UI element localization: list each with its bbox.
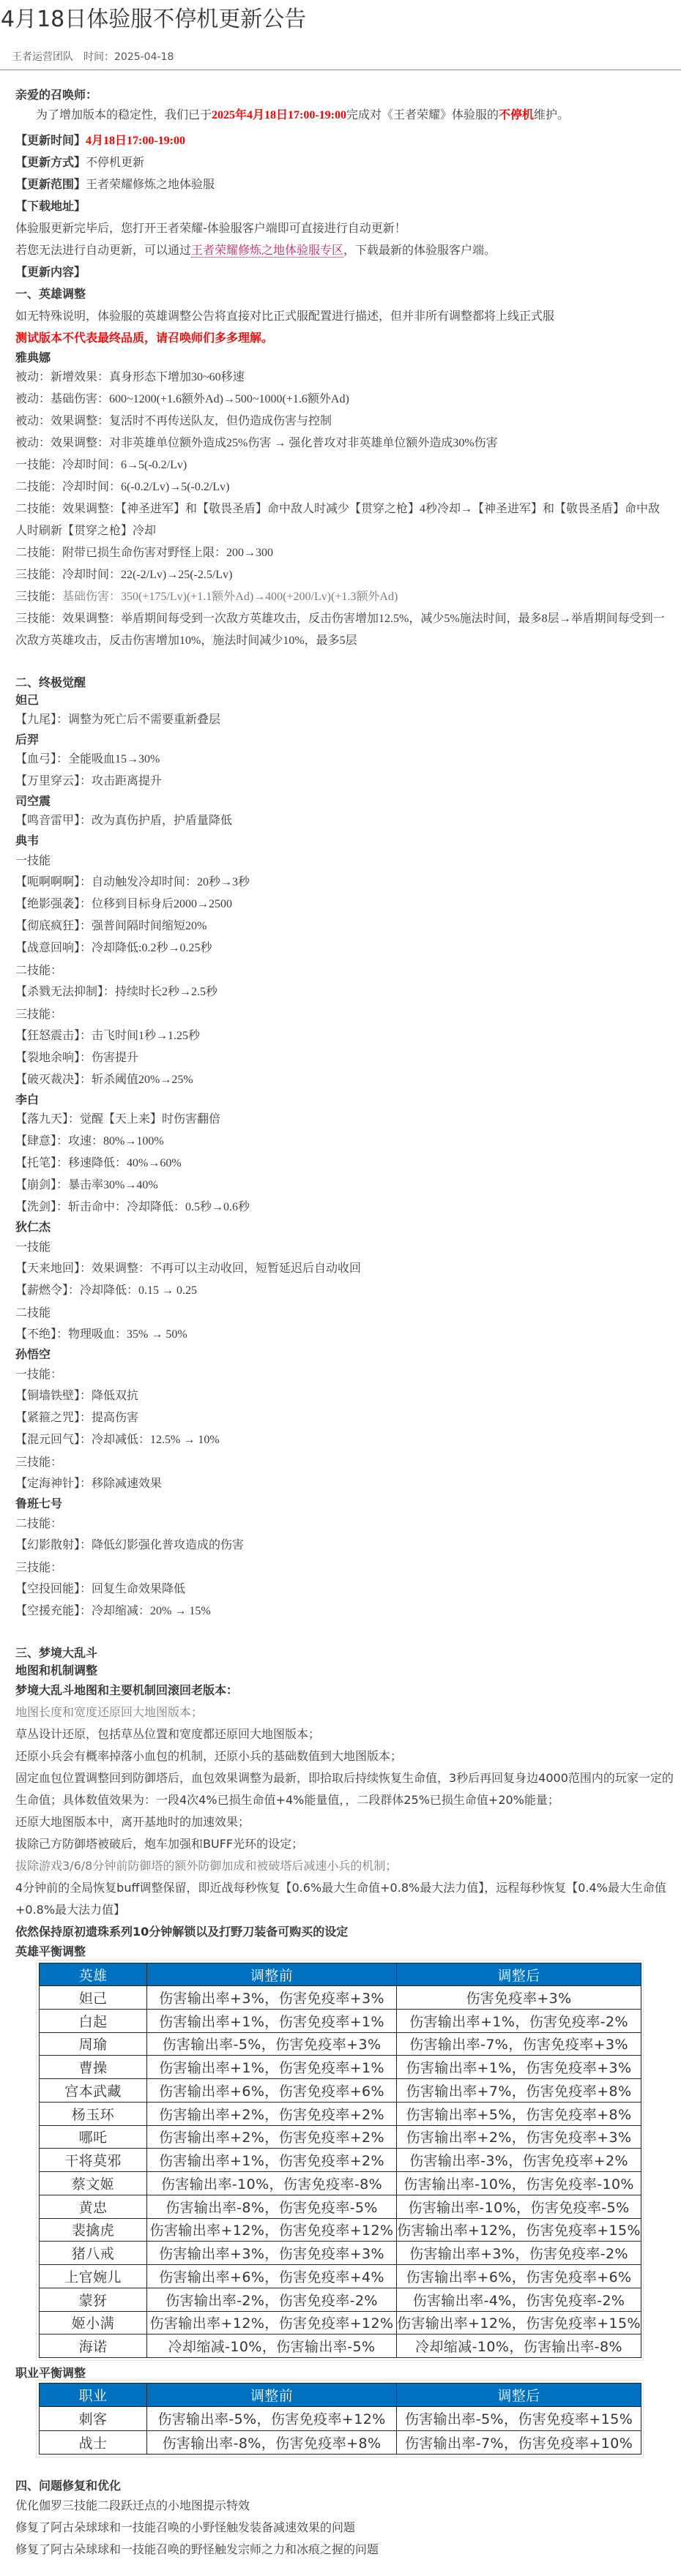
table-row: 白起伤害输出率+1%，伤害免疫率+1%伤害输出率+1%，伤害免疫率-2% [40,2009,641,2032]
hero-cell: 猪八戒 [40,2242,147,2265]
awakening-item: 【绝影强袭】：位移到目标身后2000→2500 [15,894,681,916]
hero-cell: 海诺 [40,2334,147,2358]
after-cell: 伤害输出率+5%，伤害免疫率+8% [397,2102,641,2125]
maintenance-type: 不停机 [499,108,534,121]
notice-text: 维护。 [534,108,569,121]
awakening-item: 【薪燃令】：冷却降低：0.15 → 0.25 [15,1280,681,1302]
rollback-item-part: 固定血包位置调整回到防御塔后，血包效果调整为最新，即拾取后持续恢复生命值，3秒后… [15,1767,681,1789]
before-cell: 伤害输出率+3%，伤害免疫率+3% [147,2242,397,2265]
before-cell: 伤害输出率+2%，伤害免疫率+2% [147,2125,397,2149]
hero-cell: 白起 [40,2009,147,2032]
section-title-ultimate-awakening: 二、终极觉醒 [15,674,681,692]
after-cell: 伤害输出率-10%，伤害免疫率-10% [397,2172,641,2195]
article-body: 亲爱的召唤师： 为了增加版本的稳定性，我们已于2025年4月18日17:00-1… [0,70,681,2576]
skill-label: 一技能 [15,1236,681,1258]
content-label: 【更新内容】 [15,261,681,283]
hero-name: 鲁班七号 [15,1495,681,1513]
table-row: 宫本武藏伤害输出率+6%，伤害免疫率+6%伤害输出率+7%，伤害免疫率+8% [40,2079,641,2103]
change-line-part: 人时刷新【贯穿之枪】冷却 [15,520,681,542]
hero-cell: 杨玉环 [40,2102,147,2125]
change-line-wrapped: 二技能：效果调整：【神圣进军】和【敬畏圣盾】命中敌人时减少【贯穿之枪】4秒冷却→… [15,498,681,542]
after-cell: 冷却缩减-10%，伤害输出率-8% [397,2334,641,2358]
time-label: 时间： [83,51,114,63]
update-time-row: 【更新时间】4月18日17:00-19:00 [15,130,681,151]
hero-name: 李白 [15,1091,681,1109]
awakening-item: 【定海神针】：移除减速效果 [15,1473,681,1495]
before-cell: 伤害输出率+3%，伤害免疫率+3% [147,1986,397,2010]
awakening-item: 【混元回气】：冷却减低：12.5% → 10% [15,1429,681,1451]
awakening-item: 【战意回响】：冷却降低:0.2秒→0.25秒 [15,937,681,959]
change-line-part: 二技能：效果调整：【神圣进军】和【敬畏圣盾】命中敌人时减少【贯穿之枪】4秒冷却→… [15,498,681,520]
after-cell: 伤害输出率+12%，伤害免疫率+15% [397,2218,641,2242]
change-line: 被动：新增效果：真身形态下增加30~60移速 [15,367,681,389]
hero-name: 雅典娜 [15,349,681,367]
awakening-item: 【九尾】：调整为死亡后不需要重新叠层 [15,709,681,731]
before-cell: 伤害输出率+1%，伤害免疫率+1% [147,2056,397,2079]
update-time-label: 【更新时间】 [15,133,86,147]
hero-name: 典韦 [15,832,681,850]
awakening-item: 【破灭裁决】：斩杀阈值20%→25% [15,1069,681,1091]
after-cell: 伤害输出率+2%，伤害免疫率+3% [397,2125,641,2149]
before-cell: 伤害输出率-2%，伤害免疫率-2% [147,2288,397,2311]
section-note: 如无特殊说明，体验服的英雄调整公告将直接对比正式服配置进行描述，但并非所有调整都… [15,305,681,327]
section-title-dream-brawl: 三、梦境大乱斗 [15,1644,681,1662]
change-line-part: 次敌方英雄攻击，反击伤害增加10%，施法时间减少10%，最多5层 [15,630,681,652]
awakening-item: 【不绝】：物理吸血：35% → 50% [15,1324,681,1346]
skill-detail: 基础伤害：350(+175/Lv)(+1.1额外Ad)→400(+200/Lv)… [62,591,398,603]
awakening-item: 【紧箍之咒】：提高伤害 [15,1407,681,1429]
header-after: 调整后 [397,2384,641,2407]
change-line: 二技能：附带已损生命伤害对野怪上限：200→300 [15,542,681,564]
rollback-item: 还原大地图版本中，离开基地时的加速效果； [15,1811,681,1833]
awakening-item: 【洗剑】：斩击命中：冷却降低：0.5秒→0.6秒 [15,1197,681,1218]
skill-label: 一技能： [15,1363,681,1385]
after-cell: 伤害输出率+6%，伤害免疫率+6% [397,2265,641,2288]
publish-date: 2025-04-18 [114,51,174,63]
before-cell: 冷却缩减-10%，伤害输出率-5% [147,2334,397,2358]
hero-cell: 上官婉儿 [40,2265,147,2288]
after-cell: 伤害输出率-5%，伤害免疫率+15% [397,2407,641,2431]
after-cell: 伤害输出率+1%，伤害免疫率+3% [397,2056,641,2079]
rollback-item-part: 4分钟前的全局恢复buff调整保留，即近战每秒恢复【0.6%最大生命值+0.8%… [15,1877,681,1899]
awakening-item: 【杀戮无法抑制】：持续时长2秒→2.5秒 [15,981,681,1003]
awakening-item: 【彻底疯狂】：强普间隔时间缩短20% [15,916,681,937]
table-header-row: 英雄 调整前 调整后 [40,1963,641,1986]
after-cell: 伤害输出率-4%，伤害免疫率-2% [397,2288,641,2311]
awakening-item: 【空援充能】：冷却缩减：20% → 15% [15,1600,681,1622]
hero-cell: 蒙犽 [40,2288,147,2311]
awakening-item: 【铜墙铁壁】：降低双抗 [15,1385,681,1407]
hero-balance-table: 英雄 调整前 调整后 妲己伤害输出率+3%，伤害免疫率+3%伤害免疫率+3% 白… [39,1963,641,2358]
download-label: 【下载地址】 [15,195,681,217]
article-meta: 王者运营团队时间：2025-04-18 [0,50,681,64]
before-cell: 伤害输出率+12%，伤害免疫率+12% [147,2311,397,2334]
hero-name: 妲己 [15,692,681,709]
before-cell: 伤害输出率+1%，伤害免疫率+1% [147,2009,397,2032]
author: 王者运营团队 [12,51,73,63]
rollback-item-wrapped: 固定血包位置调整回到防御塔后，血包效果调整为最新，即拾取后持续恢复生命值，3秒后… [15,1767,681,1811]
table-row: 猪八戒伤害输出率+3%，伤害免疫率+3%伤害输出率+3%，伤害免疫率-2% [40,2242,641,2265]
skill-label: 一技能 [15,850,681,872]
skill-label: 二技能： [15,1513,681,1535]
table-row: 裴擒虎伤害输出率+12%，伤害免疫率+12%伤害输出率+12%，伤害免疫率+15… [40,2218,641,2242]
skill-label: 二技能 [15,1302,681,1324]
update-method-row: 【更新方式】不停机更新 [15,151,681,173]
rollback-item: 地图长度和宽度还原回大地图版本； [15,1701,681,1723]
after-cell: 伤害输出率+3%，伤害免疫率-2% [397,2242,641,2265]
table-row: 周瑜伤害输出率-5%，伤害免疫率+3%伤害输出率-7%，伤害免疫率+3% [40,2032,641,2056]
hero-cell: 妲己 [40,1986,147,2010]
hero-cell: 黄忠 [40,2195,147,2218]
rollback-item-part: 生命值；具体数值效果为：一段4次4%已损生命值+4%能量值，，二段群体25%已损… [15,1789,681,1811]
greeting: 亲爱的召唤师： [15,86,681,104]
header-class: 职业 [40,2384,147,2407]
blank-line [15,1622,681,1644]
fix-item: 修复了阿古朵球球和一技能召唤的野怪触发宗师之力和冰痕之握的问题 [15,2539,681,2561]
manual-download-text: ，下载最新的体验服客户端。 [343,243,496,257]
update-method-label: 【更新方式】 [15,155,86,169]
header-hero: 英雄 [40,1963,147,1986]
table-row: 蔡文姬伤害输出率-10%，伤害免疫率-8%伤害输出率-10%，伤害免疫率-10% [40,2172,641,2195]
change-line: 三技能：基础伤害：350(+175/Lv)(+1.1额外Ad)→400(+200… [15,586,681,608]
awakening-item: 【崩剑】：暴击率30%→40% [15,1175,681,1197]
subsection-title-map-mechanics: 地图和机制调整 [15,1662,681,1680]
page-title: 4月18日体验服不停机更新公告 [0,0,681,32]
before-cell: 伤害输出率+6%，伤害免疫率+4% [147,2265,397,2288]
update-scope-row: 【更新范围】王者荣耀修炼之地体验服 [15,173,681,195]
update-scope-label: 【更新范围】 [15,177,86,191]
fix-item: 优化伽罗三技能二段跃迁点的小地图提示特效 [15,2495,681,2517]
class-cell: 战士 [40,2430,147,2455]
header-before: 调整前 [147,1963,397,1986]
after-cell: 伤害输出率-7%，伤害免疫率+10% [397,2430,641,2455]
table-row: 哪吒伤害输出率+2%，伤害免疫率+2%伤害输出率+2%，伤害免疫率+3% [40,2125,641,2149]
awakening-item: 【托笔】：移速降低：40%→60% [15,1153,681,1175]
table-row: 蒙犽伤害输出率-2%，伤害免疫率-2%伤害输出率-4%，伤害免疫率-2% [40,2288,641,2311]
hero-cell: 裴擒虎 [40,2218,147,2242]
awakening-item: 【落九天】：觉醒【天上来】时伤害翻倍 [15,1109,681,1131]
update-time-value: 4月18日17:00-19:00 [86,135,185,147]
article-header: 4月18日体验服不停机更新公告 王者运营团队时间：2025-04-18 [0,0,681,70]
table-row: 姬小满伤害输出率+12%，伤害免疫率+12%伤害输出率+12%，伤害免疫率+15… [40,2311,641,2334]
before-cell: 伤害输出率-5%，伤害免疫率+3% [147,2032,397,2056]
keep-setting-note: 依然保持原初遗珠系列10分钟解锁以及打野刀装备可购买的设定 [15,1921,681,1943]
manual-download-text: 若您无法进行自动更新，可以通过 [15,243,191,257]
table-row: 干将莫邪伤害输出率+1%，伤害免疫率+2%伤害输出率-3%，伤害免疫率+2% [40,2149,641,2172]
download-zone-link[interactable]: 王者荣耀修炼之地体验服专区 [191,243,343,258]
hero-cell: 哪吒 [40,2125,147,2149]
hero-name: 孙悟空 [15,1346,681,1363]
test-version-warning: 测试版本不代表最终品质，请召唤师们多多理解。 [15,327,681,349]
before-cell: 伤害输出率-8%，伤害免疫率+8% [147,2430,397,2455]
awakening-item: 【空投回能】：回复生命效果降低 [15,1579,681,1600]
awakening-item: 【呃啊啊啊】：自动触发冷却时间：20秒→3秒 [15,872,681,894]
hero-name: 后羿 [15,731,681,749]
after-cell: 伤害输出率+1%，伤害免疫率-2% [397,2009,641,2032]
section-title-hero-adjustments: 一、英雄调整 [15,283,681,305]
after-cell: 伤害免疫率+3% [397,1986,641,2010]
manual-download-row: 若您无法进行自动更新，可以通过王者荣耀修炼之地体验服专区，下载最新的体验服客户端… [15,239,681,261]
table-row: 刺客伤害输出率-5%，伤害免疫率+12%伤害输出率-5%，伤害免疫率+15% [40,2407,641,2431]
rollback-item: 还原小兵会有概率掉落小血包的机制，还原小兵的基础数值到大地图版本； [15,1745,681,1767]
after-cell: 伤害输出率+7%，伤害免疫率+8% [397,2079,641,2103]
rollback-item: 拔除己方防御塔被破后，炮车加强和BUFF光环的设定； [15,1833,681,1855]
class-balance-title: 职业平衡调整 [15,2365,681,2382]
change-line: 被动：效果调整：对非英雄单位额外造成25%伤害 → 强化普攻对非英雄单位额外造成… [15,433,681,454]
after-cell: 伤害输出率-3%，伤害免疫率+2% [397,2149,641,2172]
rollback-title: 梦境大乱斗地图和主要机制回滚回老版本： [15,1680,681,1701]
table-row: 上官婉儿伤害输出率+6%，伤害免疫率+4%伤害输出率+6%，伤害免疫率+6% [40,2265,641,2288]
after-cell: 伤害输出率-7%，伤害免疫率+3% [397,2032,641,2056]
table-row: 杨玉环伤害输出率+2%，伤害免疫率+2%伤害输出率+5%，伤害免疫率+8% [40,2102,641,2125]
skill-label: 三技能： [15,591,62,603]
awakening-item: 【幻影散射】：降低幻影强化普攻造成的伤害 [15,1535,681,1557]
hero-name: 狄仁杰 [15,1218,681,1236]
fix-item: 修复了阿古朵球球和一技能召唤的小野怪触发装备减速效果的问题 [15,2517,681,2539]
awakening-item: 【天来地回】：效果调整：不再可以主动收回，短暂延迟后自动收回 [15,1258,681,1280]
update-scope-value: 王者荣耀修炼之地体验服 [86,177,215,191]
table-header-row: 职业 调整前 调整后 [40,2384,641,2407]
blank-line [15,652,681,674]
change-line: 三技能：冷却时间：22(-2/Lv)→25(-2.5/Lv) [15,564,681,586]
change-line-wrapped: 三技能：效果调整：举盾期间每受到一次敌方英雄攻击，反击伤害增加12.5%，减少5… [15,608,681,652]
rollback-item-part: +0.8%最大法力值】 [15,1899,681,1921]
before-cell: 伤害输出率-5%，伤害免疫率+12% [147,2407,397,2431]
change-line: 被动：效果调整：复活时不再传送队友，但仍造成伤害与控制 [15,411,681,433]
table-row: 曹操伤害输出率+1%，伤害免疫率+1%伤害输出率+1%，伤害免疫率+3% [40,2056,641,2079]
header-after: 调整后 [397,1963,641,1986]
before-cell: 伤害输出率-10%，伤害免疫率-8% [147,2172,397,2195]
class-balance-table-container: 职业 调整前 调整后 刺客伤害输出率-5%，伤害免疫率+12%伤害输出率-5%，… [39,2383,641,2455]
hero-balance-title: 英雄平衡调整 [15,1943,681,1961]
awakening-item: 【万里穿云】：攻击距离提升 [15,771,681,793]
class-cell: 刺客 [40,2407,147,2431]
hero-cell: 宫本武藏 [40,2079,147,2103]
change-line: 一技能：冷却时间：6→5(-0.2/Lv) [15,454,681,476]
hero-cell: 干将莫邪 [40,2149,147,2172]
after-cell: 伤害输出率+12%，伤害免疫率+15% [397,2311,641,2334]
table-row: 黄忠伤害输出率-8%，伤害免疫率-5%伤害输出率-10%，伤害免疫率-5% [40,2195,641,2218]
before-cell: 伤害输出率+2%，伤害免疫率+2% [147,2102,397,2125]
hero-name: 司空震 [15,793,681,810]
notice-text: 为了增加版本的稳定性，我们已于 [36,108,212,121]
update-method-value: 不停机更新 [86,155,144,169]
before-cell: 伤害输出率-8%，伤害免疫率-5% [147,2195,397,2218]
awakening-item: 【肆意】：攻速：80%→100% [15,1131,681,1153]
hero-cell: 周瑜 [40,2032,147,2056]
after-cell: 伤害输出率-10%，伤害免疫率-5% [397,2195,641,2218]
header-before: 调整前 [147,2384,397,2407]
class-balance-table: 职业 调整前 调整后 刺客伤害输出率-5%，伤害免疫率+12%伤害输出率-5%，… [39,2383,641,2455]
table-row: 妲己伤害输出率+3%，伤害免疫率+3%伤害免疫率+3% [40,1986,641,2010]
awakening-item: 【鸣音雷甲】：改为真伤护盾，护盾量降低 [15,810,681,832]
awakening-item: 【裂地余响】：伤害提升 [15,1047,681,1069]
maintenance-datetime: 2025年4月18日17:00-19:00 [212,109,346,121]
rollback-item: 拔除游戏3/6/8分钟前防御塔的额外防御加成和被破塔后减速小兵的机制； [15,1855,681,1877]
skill-label: 三技能： [15,1003,681,1025]
section-title-fixes: 四、问题修复和优化 [15,2477,681,2495]
auto-update-text: 体验服更新完毕后，您打开王者荣耀-体验服客户端即可直接进行自动更新！ [15,217,681,239]
hero-cell: 姬小满 [40,2311,147,2334]
table-row: 战士伤害输出率-8%，伤害免疫率+8%伤害输出率-7%，伤害免疫率+10% [40,2430,641,2455]
hero-cell: 蔡文姬 [40,2172,147,2195]
skill-label: 二技能： [15,959,681,981]
rollback-item-wrapped: 4分钟前的全局恢复buff调整保留，即近战每秒恢复【0.6%最大生命值+0.8%… [15,1877,681,1921]
hero-cell: 曹操 [40,2056,147,2079]
change-line: 二技能：冷却时间：6(-0.2/Lv)→5(-0.2/Lv) [15,476,681,498]
before-cell: 伤害输出率+6%，伤害免疫率+6% [147,2079,397,2103]
change-line: 被动：基础伤害：600~1200(+1.6额外Ad)→500~1000(+1.6… [15,389,681,411]
table-row: 海诺冷却缩减-10%，伤害输出率-5%冷却缩减-10%，伤害输出率-8% [40,2334,641,2358]
skill-label: 三技能： [15,1451,681,1473]
before-cell: 伤害输出率+12%，伤害免疫率+12% [147,2218,397,2242]
awakening-item: 【血弓】：全能吸血15→30% [15,749,681,771]
before-cell: 伤害输出率+1%，伤害免疫率+2% [147,2149,397,2172]
rollback-item: 草丛设计还原，包括草丛位置和宽度都还原回大地图版本； [15,1723,681,1745]
change-line-part: 三技能：效果调整：举盾期间每受到一次敌方英雄攻击，反击伤害增加12.5%，减少5… [15,608,681,630]
maintenance-notice: 为了增加版本的稳定性，我们已于2025年4月18日17:00-19:00完成对《… [15,104,681,126]
awakening-item: 【狂怒震击】：击飞时间1秒→1.25秒 [15,1025,681,1047]
notice-text: 完成对《王者荣耀》体验服的 [346,108,499,121]
hero-balance-table-container: 英雄 调整前 调整后 妲己伤害输出率+3%，伤害免疫率+3%伤害免疫率+3% 白… [39,1963,641,2358]
skill-label: 三技能： [15,1557,681,1579]
